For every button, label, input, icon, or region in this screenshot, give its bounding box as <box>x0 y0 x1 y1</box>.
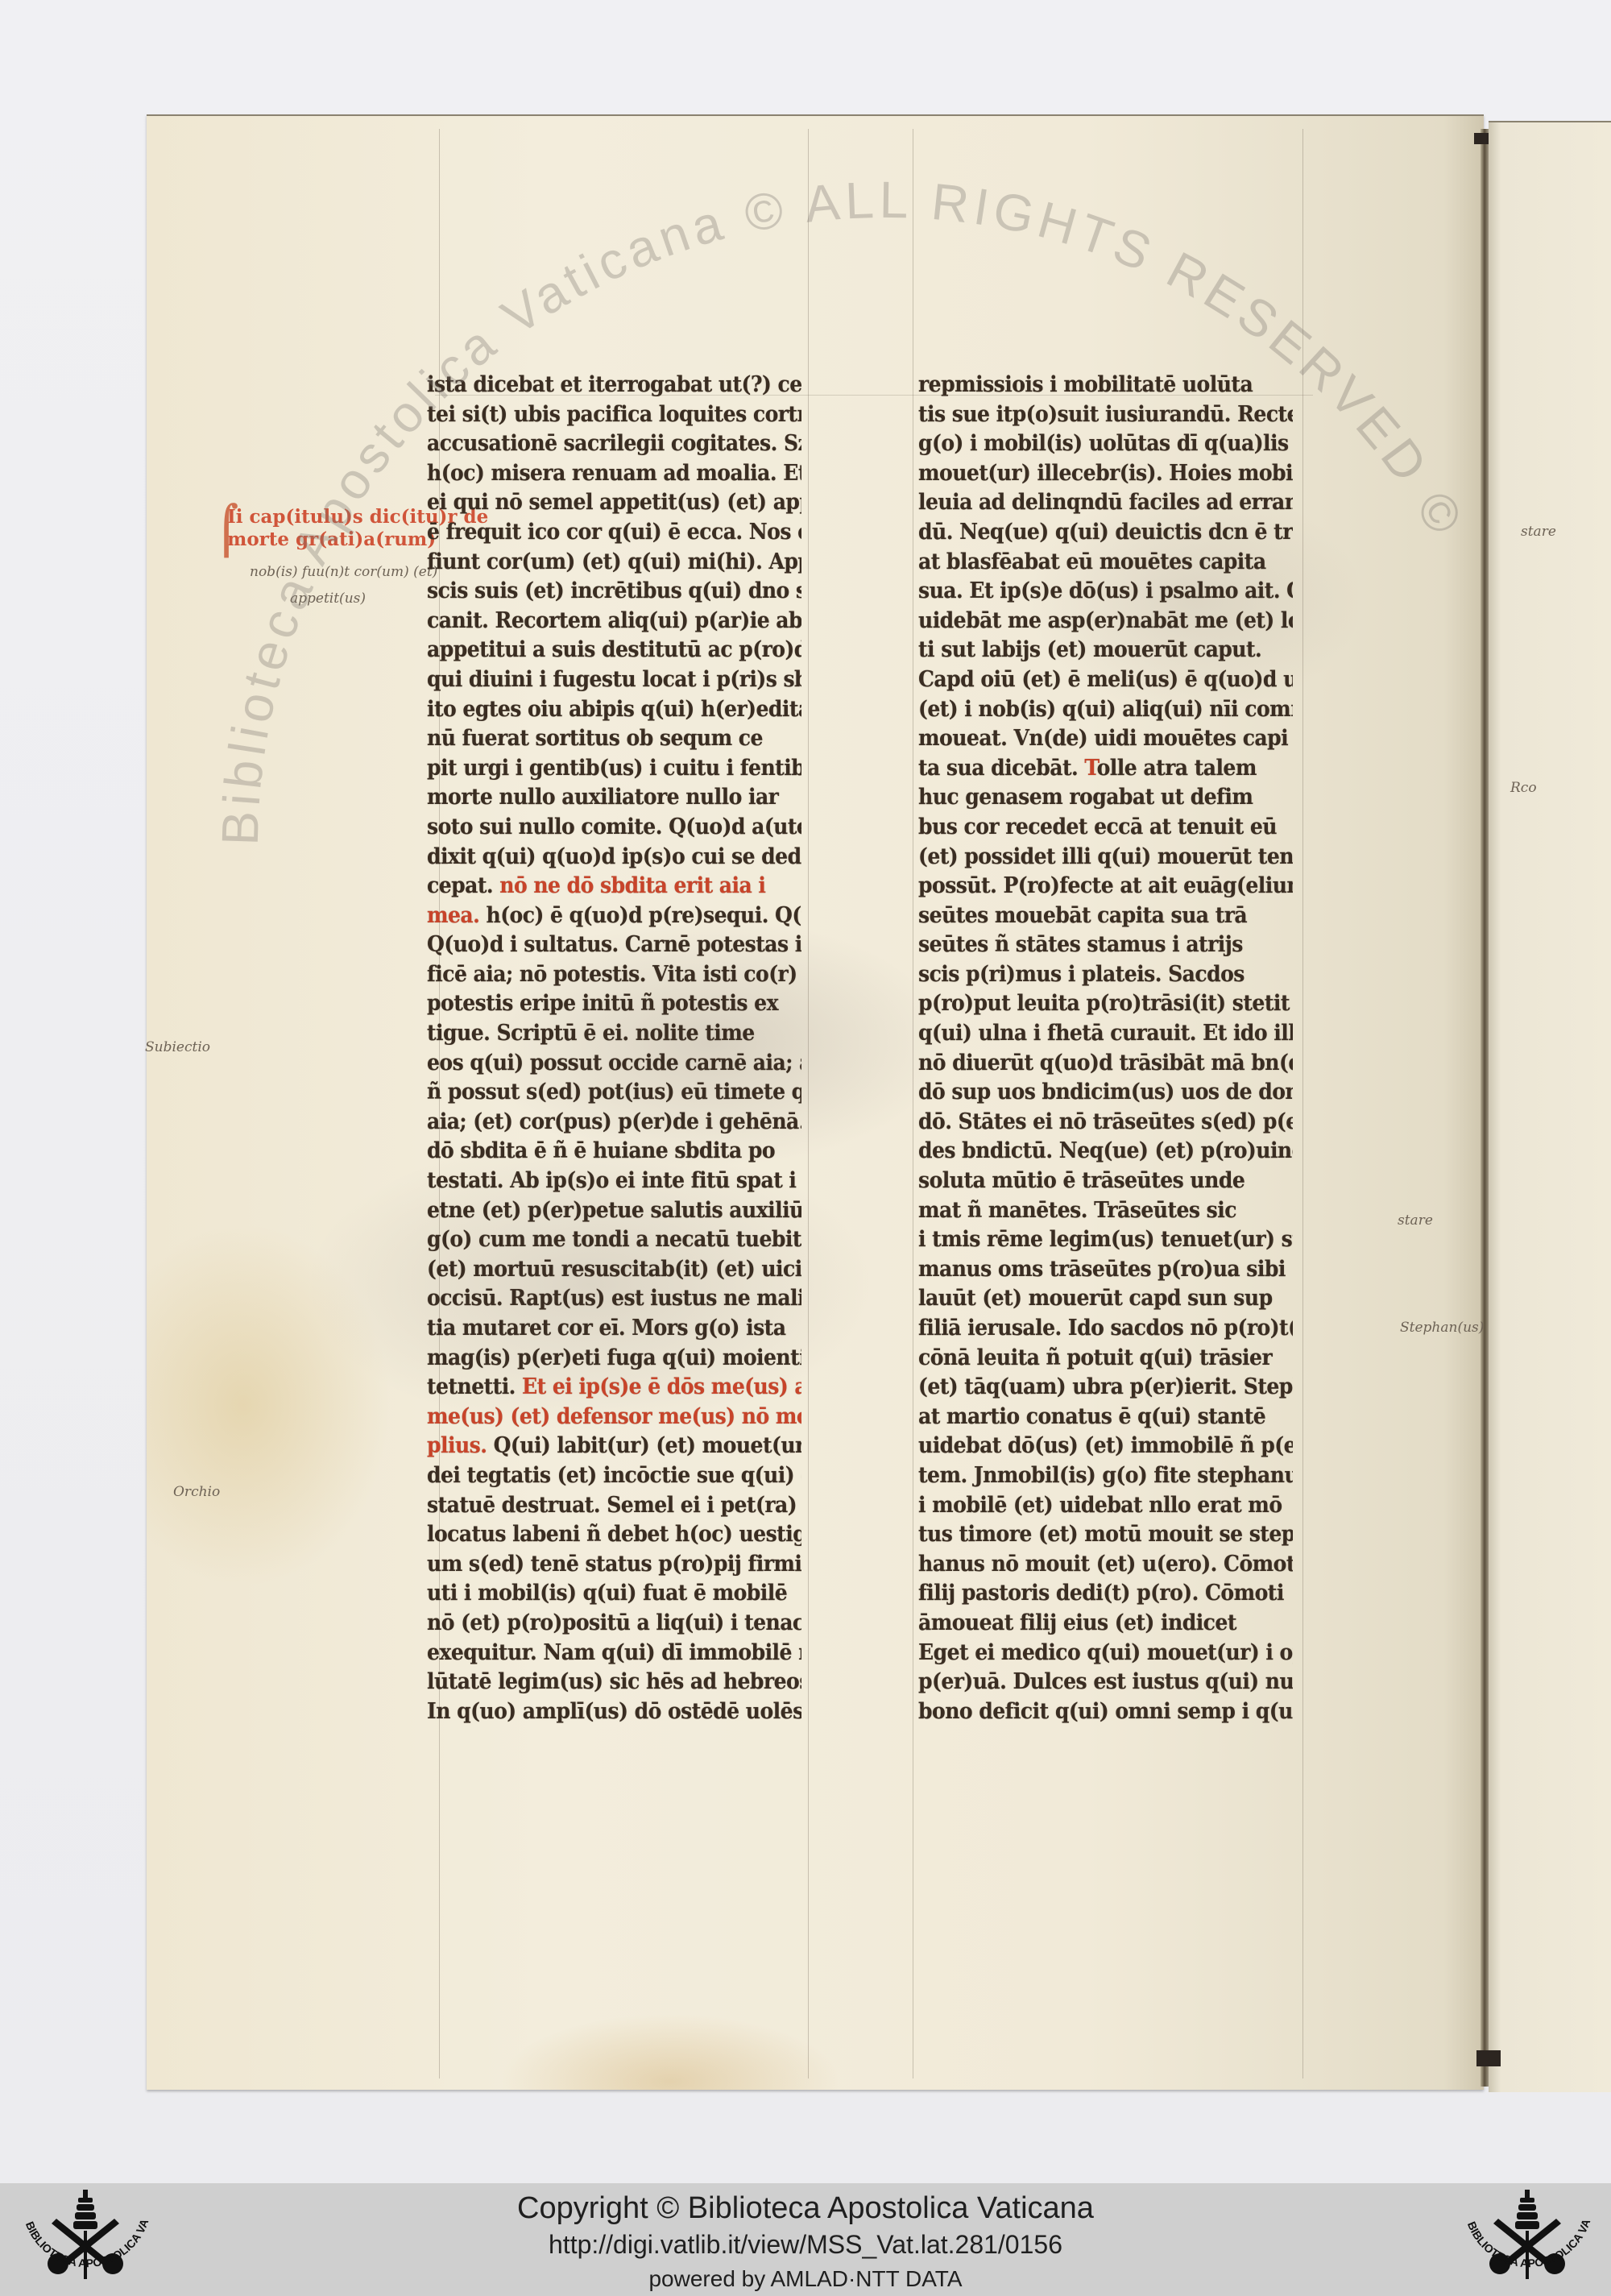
line-text: lauūt (et) mouerūt capd sun sup <box>918 1286 1273 1311</box>
binding-top-shadow <box>1474 133 1489 144</box>
line-text: tetnetti. <box>427 1374 516 1399</box>
line-text: aia; (et) cor(pus) p(er)de i gehēnā. Aia… <box>427 1109 801 1134</box>
manuscript-line: g(o) cum me tondi a necatū tuebitur <box>427 1225 801 1255</box>
manuscript-line: statuē destruat. Semel ei i pet(ra) ui <box>427 1491 801 1521</box>
manuscript-line: dei tegtatis (et) incōctie sue q(ui) dar <box>427 1461 801 1491</box>
manuscript-line: nō (et) p(ro)positū a liq(ui) i tenace a… <box>427 1609 801 1639</box>
manuscript-line: dō. Stātes ei nō trāseūtes s(ed) p(er) <box>918 1108 1293 1138</box>
manuscript-line: dō sup uos bndicim(us) uos de domo <box>918 1078 1293 1108</box>
manuscript-line: (et) possidet illi q(ui) mouerūt tenē ñ <box>918 843 1293 872</box>
manuscript-line: occisū. Rapt(us) est iustus ne mali <box>427 1284 801 1314</box>
manuscript-line: cepat. nō ne dō sbdita erit aia i <box>427 872 801 901</box>
margin-note: stare <box>1398 1212 1433 1229</box>
manuscript-line: (et) i nob(is) q(ui) aliq(ui) nīi commot… <box>918 695 1293 725</box>
margin-note: Orchio <box>173 1484 220 1500</box>
manuscript-line: ñ possut s(ed) pot(ius) eū timete q(ui) … <box>427 1078 801 1108</box>
line-text: testati. Ab ip(s)o ei inte fitū spat i <box>427 1168 796 1193</box>
line-text: exequitur. Nam q(ui) dī immobilē no <box>427 1640 801 1665</box>
line-text: nū fuerat sortitus ob sequm ce <box>427 726 763 751</box>
copyright-text: Copyright © Biblioteca Apostolica Vatica… <box>0 2191 1611 2226</box>
line-text: mat ñ manētes. Trāseūtes sic <box>918 1198 1236 1223</box>
manuscript-line: eos q(ui) possut occide carnē aia; aute <box>427 1049 801 1079</box>
line-text: filij pastoris dedi(t) p(ro). Cōmoti <box>918 1581 1284 1606</box>
line-text: q(ui) ulna i fhetā curauit. Et ido illi <box>918 1021 1293 1046</box>
manuscript-line: nō diuerūt q(uo)d trāsibāt mā bn(dict)io <box>918 1049 1293 1079</box>
line-text: soto sui nullo comite. Q(uo)d a(ute)m me… <box>427 814 801 839</box>
manuscript-line: (et) mortuū resuscitab(it) (et) uici sec… <box>427 1255 801 1285</box>
rubric-text: nō ne dō sbdita erit aia i <box>493 873 765 898</box>
line-text: mag(is) p(er)eti fuga q(ui) moientis est <box>427 1345 801 1370</box>
manuscript-line: ti sut labijs (et) mouerūt caput. <box>918 636 1293 665</box>
manuscript-line: uidebāt me asp(er)nabāt me (et) locu <box>918 607 1293 636</box>
manuscript-line: tetnetti. Et ei ip(s)e ē dōs me(us) adiu… <box>427 1373 801 1403</box>
line-text: ti sut labijs (et) mouerūt caput. <box>918 637 1261 662</box>
manuscript-line: bono deficit q(ui) omni semp i q(u)at <box>918 1697 1293 1727</box>
line-text: uti i mobil(is) q(ui) fuat ē mobilē <box>427 1581 787 1606</box>
margin-note: appetit(us) <box>290 591 366 607</box>
powered-by-text: powered by AMLAD·NTT DATA <box>0 2266 1611 2292</box>
line-text: h(oc) misera renuam ad moalia. Et <box>427 461 801 486</box>
manuscript-line: tigue. Scriptū ē ei. nolite time <box>427 1019 801 1049</box>
line-text: p(er)uā. Dulces est iustus q(ui) nullo <box>918 1669 1293 1694</box>
manuscript-line: tus timore (et) motū mouit se step <box>918 1520 1293 1550</box>
line-text: scis suis (et) incrētibus q(ui) dno se d… <box>427 578 801 603</box>
line-text: fiunt cor(um) (et) q(ui) mi(hi). Appetit… <box>427 549 801 574</box>
line-text: dixit q(ui) q(uo)d ip(s)o cui se dediuit… <box>427 844 801 869</box>
manuscript-line: ei qui nō semel appetit(us) (et) appetit… <box>427 488 801 518</box>
manuscript-line: (et) tāq(uam) ubra p(er)ierit. Stephanus <box>918 1373 1293 1403</box>
manuscript-line: q(ui) ulna i fhetā curauit. Et ido illi <box>918 1019 1293 1049</box>
manuscript-line: um s(ed) tenē status p(ro)pij firmitu <box>427 1550 801 1580</box>
line-text: tus timore (et) motū mouit se step <box>918 1522 1293 1547</box>
line-text: potestis eripe initū ñ potestis ex <box>427 991 778 1016</box>
line-text: tigue. Scriptū ē ei. nolite time <box>427 1021 755 1046</box>
line-text: In q(uo) amplī(us) dō ostēdē uolēs hered… <box>427 1699 801 1724</box>
line-text: lūtatē legim(us) sic hēs ad hebreos. <box>427 1669 801 1694</box>
binding-gutter <box>1481 129 1489 2087</box>
rubric-text: plius. <box>427 1433 487 1458</box>
manuscript-line: dō sbdita ē ñ ē huiane sbdita po <box>427 1137 801 1167</box>
manuscript-line: scis p(ri)mus i plateis. Sacdos <box>918 960 1293 990</box>
manuscript-line: dū. Neq(ue) q(ui) deuictis dcn ē trāseut… <box>918 518 1293 548</box>
line-text: ficē aia; nō potestis. Vita isti co(r) <box>427 962 797 987</box>
margin-note: Stephan(us) <box>1400 1320 1484 1336</box>
line-text: i tmis rēme legim(us) tenuet(ur) sup te <box>918 1227 1293 1252</box>
manuscript-line: p(er)uā. Dulces est iustus q(ui) nullo <box>918 1668 1293 1697</box>
line-text: huc genasem rogabat ut defim <box>918 785 1253 810</box>
line-text: manus oms trāseūtes p(ro)ua sibi <box>918 1257 1286 1282</box>
line-text: i mobilē (et) uidebat nllo erat mō <box>918 1493 1282 1518</box>
manuscript-line: nū fuerat sortitus ob sequm ce <box>427 724 801 754</box>
line-text: moueat. Vn(de) uidi mouētes capi <box>918 726 1288 751</box>
line-text: dō sbdita ē ñ ē huiane sbdita po <box>427 1138 775 1163</box>
line-text: seūtes mouebāt capita sua trā <box>918 903 1247 928</box>
manuscript-line: scis suis (et) incrētibus q(ui) dno se d… <box>427 577 801 607</box>
line-text: ista dicebat et iterrogabat ut(?) cer <box>427 372 801 397</box>
line-text: filiā ierusale. Ido sacdos nō p(ro)t(ui)… <box>918 1316 1293 1341</box>
line-text: possūt. P(ro)fecte at ait euāg(elium)(et… <box>918 873 1293 898</box>
line-text: ito egtes oiu abipis q(ui) h(er)edita <box>427 697 801 722</box>
text-column-right: repmissiois i mobilitatē uolūtatis sue i… <box>918 371 1321 1726</box>
line-text: morte nullo auxiliatore nullo iar <box>427 785 778 810</box>
line-text: dei tegtatis (et) incōctie sue q(ui) dar <box>427 1463 801 1488</box>
line-text: dū. Neq(ue) q(ui) deuictis dcn ē trāseut… <box>918 520 1293 545</box>
manuscript-line: bus cor recedet eccā at tenuit eū <box>918 813 1293 843</box>
line-text: at blasfēabat eū mouētes capita <box>918 549 1266 574</box>
line-text: g(o) cum me tondi a necatū tuebitur <box>427 1227 801 1252</box>
manuscript-line: uti i mobil(is) q(ui) fuat ē mobilē <box>427 1579 801 1609</box>
manuscript-line: pit urgi i gentib(us) i cuitu i fentib(u… <box>427 754 801 784</box>
manuscript-line: Q(uo)d i sultatus. Carnē potestas it <box>427 930 801 960</box>
line-text: nō (et) p(ro)positū a liq(ui) i tenace a… <box>427 1610 801 1635</box>
manuscript-line: Capd oiū (et) ē meli(us) ē q(uo)d ut man… <box>918 665 1293 695</box>
manuscript-line: fiunt cor(um) (et) q(ui) mi(hi). Appetit… <box>427 548 801 578</box>
line-text: bus cor recedet eccā at tenuit eū <box>918 814 1277 839</box>
manuscript-line: tem. Jnmobil(is) g(o) fite stephanus <box>918 1461 1293 1491</box>
line-text: eos q(ui) possut occide carnē aia; aute <box>427 1051 801 1075</box>
manuscript-line: filij pastoris dedi(t) p(ro). Cōmoti <box>918 1579 1293 1609</box>
manuscript-line: repmissiois i mobilitatē uolūta <box>918 371 1293 400</box>
line-text: statuē destruat. Semel ei i pet(ra) ui <box>427 1493 801 1518</box>
manuscript-line: ista dicebat et iterrogabat ut(?) cer <box>427 371 801 400</box>
manuscript-line: qui diuini i fugestu locat i p(ri)s sb <box>427 665 801 695</box>
line-text: appetitui a suis destitutū ac p(ro)diti <box>427 637 801 662</box>
line-text: h(oc) ē q(uo)d p(re)sequi. Q(uo)d fuerit… <box>479 903 801 928</box>
line-text: tei si(t) ubis pacifica loquites cortr(a… <box>427 402 801 427</box>
line-text: bono deficit q(ui) omni semp i q(u)at <box>918 1699 1293 1724</box>
line-text: soluta mūtio ē trāseūtes unde <box>918 1168 1244 1193</box>
line-text: qui diuini i fugestu locat i p(ri)s sb <box>427 667 801 692</box>
manuscript-line: appetitui a suis destitutū ac p(ro)diti <box>427 636 801 665</box>
manuscript-line: moueat. Vn(de) uidi mouētes capi <box>918 724 1293 754</box>
manuscript-line: potestis eripe initū ñ potestis ex <box>427 989 801 1019</box>
manuscript-line: exequitur. Nam q(ui) dī immobilē no <box>427 1639 801 1668</box>
manuscript-line: accusationē sacrilegii cogitates. Sz <box>427 429 801 459</box>
line-text: accusationē sacrilegii cogitates. Sz <box>427 431 801 456</box>
line-text: g(o) i mobil(is) uolūtas dī q(ua)lis p(r… <box>918 431 1293 456</box>
manuscript-line: me(us) (et) defensor me(us) nō mouebor a… <box>427 1403 801 1432</box>
line-text: uidebat dō(us) (et) immobilē ñ p(er)eū <box>918 1433 1293 1458</box>
line-text: uidebāt me asp(er)nabāt me (et) locu <box>918 608 1293 633</box>
manuscript-line: soto sui nullo comite. Q(uo)d a(ute)m me… <box>427 813 801 843</box>
manuscript-line: mouet(ur) illecebr(is). Hoies mobiles <box>918 459 1293 489</box>
line-text: āmoueat filij eius (et) indicet <box>918 1610 1236 1635</box>
line-text: Eget ei medico q(ui) mouet(ur) i op(er)s <box>918 1640 1293 1665</box>
manuscript-line: huc genasem rogabat ut defim <box>918 783 1293 813</box>
manuscript-line: filiā ierusale. Ido sacdos nō p(ro)t(ui)… <box>918 1314 1293 1344</box>
manuscript-line: mag(is) p(er)eti fuga q(ui) moientis est <box>427 1344 801 1374</box>
manuscript-line: lauūt (et) mouerūt capd sun sup <box>918 1284 1293 1314</box>
manuscript-line: cōnā leuita ñ potuit q(ui) trāsier <box>918 1344 1293 1374</box>
line-text: um s(ed) tenē status p(ro)pij firmitu <box>427 1552 801 1577</box>
line-text: olle atra talem <box>1097 756 1257 781</box>
manuscript-line: plius. Q(ui) labit(ur) (et) mouet(ur) eo… <box>427 1432 801 1461</box>
rubric-text: me(us) (et) defensor me(us) nō mouebor a… <box>427 1404 801 1429</box>
line-text: hanus nō mouit (et) u(ero). Cōmoti s(unt… <box>918 1552 1293 1577</box>
margin-note: Subiectio <box>145 1039 210 1055</box>
line-text: dō sup uos bndicim(us) uos de domo <box>918 1080 1293 1104</box>
manuscript-line: seūtes mouebāt capita sua trā <box>918 901 1293 931</box>
text-column-left: ista dicebat et iterrogabat ut(?) certei… <box>427 371 830 1726</box>
manuscript-line: i mobilē (et) uidebat nllo erat mō <box>918 1491 1293 1521</box>
line-text: ta sua dicebāt. <box>918 756 1078 781</box>
line-text: Q(uo)d i sultatus. Carnē potestas it <box>427 932 801 957</box>
copyright-footer: BIBLIOTECA APOSTOLICA VATICANA Copyright… <box>0 2183 1611 2296</box>
line-text: Q(ui) labit(ur) (et) mouet(ur) eo q(uo)d <box>487 1433 801 1458</box>
manuscript-line: manus oms trāseūtes p(ro)ua sibi <box>918 1255 1293 1285</box>
line-text: ei qui nō semel appetit(us) (et) appetit… <box>427 490 801 515</box>
manuscript-line: h(oc) misera renuam ad moalia. Et <box>427 459 801 489</box>
manuscript-line: aia; (et) cor(pus) p(er)de i gehēnā. Aia… <box>427 1108 801 1138</box>
manuscript-line: possūt. P(ro)fecte at ait euāg(elium)(et… <box>918 872 1293 901</box>
manuscript-line: ē frequit ico cor q(ui) ē ecca. Nos ei <box>427 518 801 548</box>
line-text: tem. Jnmobil(is) g(o) fite stephanus <box>918 1463 1293 1488</box>
manuscript-line: mea. h(oc) ē q(uo)d p(re)sequi. Q(uo)d f… <box>427 901 801 931</box>
image-viewport: ⌠ Ii cap(itulu)s dic(itu)r de morte gr(a… <box>0 0 1611 2183</box>
rubric-text: mea. <box>427 903 479 928</box>
manuscript-line: In q(uo) amplī(us) dō ostēdē uolēs hered… <box>427 1697 801 1727</box>
manuscript-line: etne (et) p(er)petue salutis auxiliū. Il… <box>427 1196 801 1226</box>
manuscript-line: dixit q(ui) q(uo)d ip(s)o cui se dediuit… <box>427 843 801 872</box>
manuscript-line: locatus labeni ñ debet h(oc) uestigi <box>427 1520 801 1550</box>
line-text: ē frequit ico cor q(ui) ē ecca. Nos ei <box>427 520 801 545</box>
manuscript-line: testati. Ab ip(s)o ei inte fitū spat i <box>427 1167 801 1196</box>
manuscript-line: ito egtes oiu abipis q(ui) h(er)edita <box>427 695 801 725</box>
line-text: etne (et) p(er)petue salutis auxiliū. Il… <box>427 1198 801 1223</box>
manuscript-line: uidebat dō(us) (et) immobilē ñ p(er)eū <box>918 1432 1293 1461</box>
recto-page-edge <box>1489 121 1611 2092</box>
line-text: locatus labeni ñ debet h(oc) uestigi <box>427 1522 801 1547</box>
line-text: dō. Stātes ei nō trāseūtes s(ed) p(er) <box>918 1109 1293 1134</box>
manuscript-line: leuia ad delinqndū faciles ad erran <box>918 488 1293 518</box>
line-text: scis p(ri)mus i plateis. Sacdos <box>918 962 1244 987</box>
line-text: sua. Et ip(s)e dō(us) i psalmo ait. Oēs … <box>918 578 1293 603</box>
line-text: mouet(ur) illecebr(is). Hoies mobiles <box>918 461 1293 486</box>
line-text: Capd oiū (et) ē meli(us) ē q(uo)d ut man… <box>918 667 1293 692</box>
line-text: tis sue itp(o)suit iusiurandū. Recte <box>918 402 1293 427</box>
manuscript-line: at martio conatus ē q(ui) stantē <box>918 1403 1293 1432</box>
line-text: occisū. Rapt(us) est iustus ne mali <box>427 1286 801 1311</box>
ruling-line <box>913 129 913 2078</box>
line-text: ñ possut s(ed) pot(ius) eū timete q(ui) … <box>427 1080 801 1104</box>
line-text: cepat. <box>427 873 493 898</box>
manuscript-line: canit. Recortem aliq(ui) p(ar)ie ab oib(… <box>427 607 801 636</box>
manuscript-line: hanus nō mouit (et) u(ero). Cōmoti s(unt… <box>918 1550 1293 1580</box>
manuscript-line: des bndictū. Neq(ue) (et) p(ro)uinciā eū <box>918 1137 1293 1167</box>
line-text: (et) i nob(is) q(ui) aliq(ui) nīi commot… <box>918 697 1293 722</box>
rubric-text: Et ei ip(s)e ē dōs me(us) adiutor <box>516 1374 801 1399</box>
manuscript-line: seūtes ñ stātes stamus i atrijs <box>918 930 1293 960</box>
line-text: (et) mortuū resuscitab(it) (et) uici sec… <box>427 1257 801 1282</box>
margin-note: stare <box>1521 524 1556 540</box>
margin-note: Rco <box>1510 780 1537 796</box>
line-text: (et) tāq(uam) ubra p(er)ierit. Stephanus <box>918 1374 1293 1399</box>
manuscript-line: ta sua dicebāt. Tolle atra talem <box>918 754 1293 784</box>
manuscript-line: p(ro)put leuita p(ro)trāsi(it) stetit il… <box>918 989 1293 1019</box>
permalink-url[interactable]: http://digi.vatlib.it/view/MSS_Vat.lat.2… <box>0 2230 1611 2260</box>
line-text: nō diuerūt q(uo)d trāsibāt mā bn(dict)io <box>918 1051 1293 1075</box>
line-text: p(ro)put leuita p(ro)trāsi(it) stetit il… <box>918 991 1293 1016</box>
margin-note: nob(is) fuu(n)t cor(um) (et) <box>250 564 437 580</box>
vatican-library-logo-icon: BIBLIOTECA APOSTOLICA VATICANA <box>1450 2186 1603 2296</box>
line-text: repmissiois i mobilitatē uolūta <box>918 372 1253 397</box>
manuscript-line: tia mutaret cor eī. Mors g(o) ista <box>427 1314 801 1344</box>
line-text: pit urgi i gentib(us) i cuitu i fentib(u… <box>427 756 801 781</box>
manuscript-line: lūtatē legim(us) sic hēs ad hebreos. <box>427 1668 801 1697</box>
manuscript-line: tei si(t) ubis pacifica loquites cortr(a… <box>427 400 801 430</box>
manuscript-line: i tmis rēme legim(us) tenuet(ur) sup te <box>918 1225 1293 1255</box>
binding-bottom-shadow <box>1476 2050 1501 2066</box>
line-text: at martio conatus ē q(ui) stantē <box>918 1404 1265 1429</box>
rubric-text: T <box>1078 756 1096 781</box>
line-text: (et) possidet illi q(ui) mouerūt tenē ñ <box>918 844 1293 869</box>
line-text: canit. Recortem aliq(ui) p(ar)ie ab oib(… <box>427 608 801 633</box>
manuscript-line: morte nullo auxiliatore nullo iar <box>427 783 801 813</box>
manuscript-line: sua. Et ip(s)e dō(us) i psalmo ait. Oēs … <box>918 577 1293 607</box>
manuscript-line: tis sue itp(o)suit iusiurandū. Recte <box>918 400 1293 430</box>
rubric-bracket-icon: ⌠ <box>214 508 238 553</box>
manuscript-line: soluta mūtio ē trāseūtes unde <box>918 1167 1293 1196</box>
manuscript-line: at blasfēabat eū mouētes capita <box>918 548 1293 578</box>
line-text: seūtes ñ stātes stamus i atrijs <box>918 932 1243 957</box>
manuscript-line: ficē aia; nō potestis. Vita isti co(r) <box>427 960 801 990</box>
line-text: tia mutaret cor eī. Mors g(o) ista <box>427 1316 785 1341</box>
manuscript-line: g(o) i mobil(is) uolūtas dī q(ua)lis p(r… <box>918 429 1293 459</box>
line-text: leuia ad delinqndū faciles ad erran <box>918 490 1293 515</box>
line-text: cōnā leuita ñ potuit q(ui) trāsier <box>918 1345 1272 1370</box>
manuscript-line: mat ñ manētes. Trāseūtes sic <box>918 1196 1293 1226</box>
line-text: des bndictū. Neq(ue) (et) p(ro)uinciā eū <box>918 1138 1293 1163</box>
manuscript-line: Eget ei medico q(ui) mouet(ur) i op(er)s <box>918 1639 1293 1668</box>
manuscript-line: āmoueat filij eius (et) indicet <box>918 1609 1293 1639</box>
